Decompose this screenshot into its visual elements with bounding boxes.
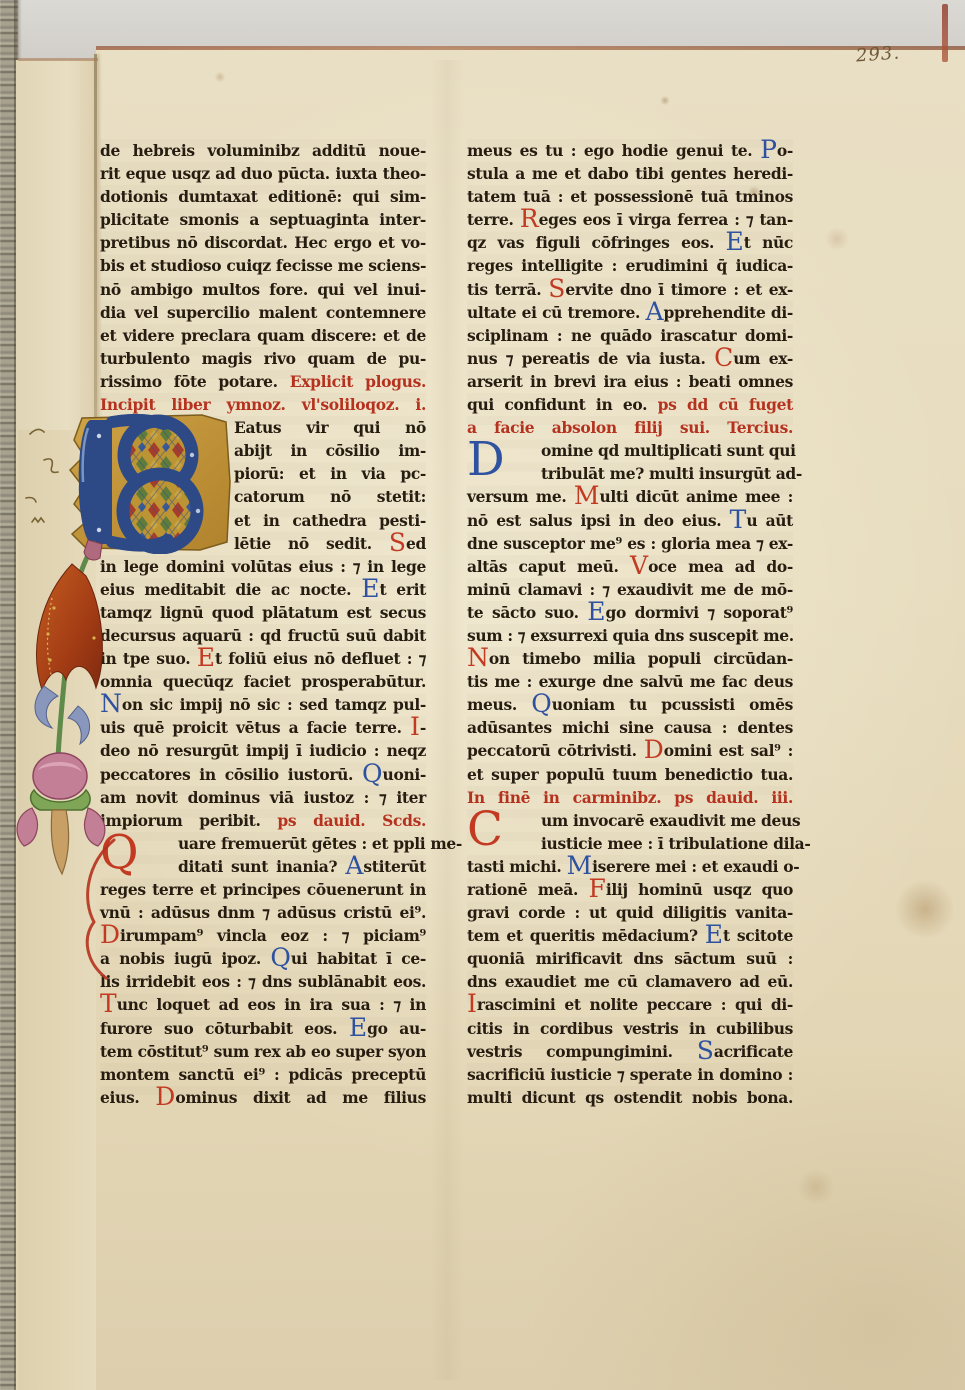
text-line: qz vas figuli cōfringes eos. Et nūc (467, 231, 793, 254)
body-text: oce mea ad do- (648, 557, 793, 576)
body-text: lis irridebit eos : ⁊ dns sublānabit eos… (100, 972, 426, 991)
lombard-initial: S (548, 274, 565, 303)
text-line: multi dicunt qs ostendit nobis bona. (467, 1086, 793, 1109)
body-text: peccatores in cōsilio iustorū. (100, 765, 362, 784)
page-top-edge (96, 46, 965, 50)
body-text: gravi corde : ut quid diligitis vanita- (467, 903, 793, 922)
fore-edge-stain (942, 4, 948, 62)
text-line: et videre preclara quam discere: et de (100, 324, 426, 347)
lombard-initial: D (155, 1082, 175, 1111)
text-line: vestris compungimini. Sacrificate (467, 1040, 793, 1063)
body-text: stiterūt (363, 857, 426, 876)
body-text: um ex- (733, 349, 793, 368)
body-text: pretibus nō discordat. Hec ergo et vo- (100, 233, 426, 252)
text-line: adūsantes michi sine causa : dentes (467, 716, 793, 739)
manuscript-photo: 293. de hebreis voluminibz additū noue-r… (0, 0, 965, 1390)
body-text: uoniam tu pcussisti omēs (552, 695, 793, 714)
lombard-initial: I (467, 989, 477, 1018)
text-line: vnū : adūsus dnm ⁊ adūsus cristū ei⁹. (100, 901, 426, 924)
body-text: citis in cordibus vestris in cubilibus (467, 1019, 793, 1038)
body-text: ervite dno ī timore : et ex- (565, 280, 793, 299)
body-text: nō est salus ipsi in deo eius. (467, 511, 730, 530)
body-text: nus ⁊ pereatis de via iusta. (467, 349, 714, 368)
text-line: omnia quecūqz faciet prosperabūtur. (100, 670, 426, 693)
text-line: decursus aquarū : qd fructū suū dabit (100, 624, 426, 647)
text-line: altās caput meū. Voce mea ad do- (467, 555, 793, 578)
stain (796, 1170, 836, 1204)
body-text: rit eque usqz ad duo pūcta. iuxta theo- (100, 164, 426, 183)
text-line: nō ambigo multos fore. qui vel inui- (100, 278, 426, 301)
rubric-text: a facie absolon filij sui. Tercius. (467, 418, 793, 437)
body-text: meus es tu : ego hodie genui te. (467, 141, 760, 160)
text-line: tem cōstitut⁹ sum rex ab eo super syon (100, 1040, 426, 1063)
body-text: reges intelligite : erudimini q̄ iudica- (467, 256, 793, 275)
rubric-text: ps dd cū fuget (658, 395, 793, 414)
stain (660, 96, 670, 105)
stain (896, 878, 954, 940)
text-line: Non sic impij nō sic : sed tamqz pul- (100, 693, 426, 716)
body-text: tasti michi. (467, 857, 567, 876)
body-text: t scitote (723, 926, 793, 945)
text-line: tis terrā. Servite dno ī timore : et ex- (467, 278, 793, 301)
body-text: bis et studioso cuiqz fecisse me sciens- (100, 256, 426, 275)
text-line: sacrificiū iusticie ⁊ sperate in domino … (467, 1063, 793, 1086)
body-text: tem et queritis mēdacium? (467, 926, 705, 945)
body-text: dotionis dumtaxat editionē: qui sim- (100, 187, 426, 206)
text-line: qui confidunt in eo. ps dd cū fuget (467, 393, 793, 416)
text-line: eius meditabit die ac nocte. Et erit (100, 578, 426, 601)
body-text: plicitate smonis a septuaginta inter- (100, 210, 426, 229)
lombard-initial: N (467, 643, 489, 672)
body-text: sum : ⁊ exsurrexi quia dns suscepit me. (467, 626, 794, 645)
text-line: ditati sunt inania? Astiterūt (100, 855, 426, 878)
body-text: Eatus vir qui nō (234, 418, 426, 437)
text-line: bis et studioso cuiqz fecisse me sciens- (100, 254, 426, 277)
body-text: rationē meā. (467, 880, 588, 899)
rubric-text: In finē in carminibz. ps dauid. iii. (467, 788, 793, 807)
body-text: meus. (467, 695, 531, 714)
body-text: sacrificiū iusticie ⁊ sperate in domino … (467, 1065, 793, 1084)
body-text: u aūt (746, 511, 793, 530)
body-text: ominus dixit ad me filius (175, 1088, 426, 1107)
text-line: meus. Quoniam tu pcussisti omēs (467, 693, 793, 716)
text-line: te sācto suo. Ego dormivi ⁊ soporat⁹ (467, 601, 793, 624)
text-line: terre. Reges eos ī virga ferrea : ⁊ tan- (467, 208, 793, 231)
body-text: ditati sunt inania? (178, 857, 345, 876)
body-text: tamqz lignū quod plātatum est secus (100, 603, 426, 622)
text-line: ultate ei cū tremore. Apprehendite di- (467, 301, 793, 324)
text-line: gravi corde : ut quid diligitis vanita- (467, 901, 793, 924)
body-text: tis me : exurge dne salvū me fac deus (467, 672, 793, 691)
lombard-initial: V (630, 551, 648, 580)
lombard-initial: E (705, 920, 723, 949)
stain (214, 72, 226, 82)
lombard-initial: Q (362, 759, 383, 788)
body-text: am novit dominus viā iustoz : ⁊ iter (100, 788, 426, 807)
text-line: de hebreis voluminibz additū noue- (100, 139, 426, 162)
lombard-initial: T (730, 505, 747, 534)
lombard-initial: E (349, 1013, 367, 1042)
body-text: t foliū eius nō defluet : ⁊ (215, 649, 426, 668)
body-text: o- (777, 141, 793, 160)
text-line: tamqz lignū quod plātatum est secus (100, 601, 426, 624)
text-line: et super populū tuum benedictio tua. (467, 763, 793, 786)
text-line: Irascimini et nolite peccare : qui di- (467, 993, 793, 1016)
gutter-shade (430, 60, 464, 1380)
body-text: omine qd multiplicati sunt qui (541, 441, 796, 460)
body-text: eges eos ī virga ferrea : ⁊ tan- (539, 210, 793, 229)
body-text: turbulento magis rivo quam de pu- (100, 349, 426, 368)
illuminated-initial-b (52, 412, 234, 554)
text-column-right: meus es tu : ego hodie genui te. Po-stul… (467, 139, 793, 1109)
text-line: dns exaudiet me cū clamavero ad eū. (467, 970, 793, 993)
body-text: peccatorū cōtrivisti. (467, 741, 644, 760)
body-text: tatem tuā : et possessionē tuā tminos (467, 187, 793, 206)
stain (824, 228, 850, 250)
lombard-initial: P (760, 135, 777, 164)
text-line: montem sanctū ei⁹ : pdicās preceptū (100, 1063, 426, 1086)
body-text: lētie nō sedit. (234, 534, 389, 553)
folio-number: 293. (855, 42, 900, 66)
text-line: a nobis iugū ipoz. Qui habitat ī ce- (100, 947, 426, 970)
body-text: nō ambigo multos fore. qui vel inui- (100, 280, 426, 299)
rubric-text: ps dauid. Scds. (277, 811, 426, 830)
body-text: ed (406, 534, 426, 553)
body-text: quoniā mirificavit dns sāctum suū : (467, 949, 793, 968)
body-text: omnia quecūqz faciet prosperabūtur. (100, 672, 426, 691)
text-line: furore suo cōturbabit eos. Ego au- (100, 1017, 426, 1040)
text-line: quoniā mirificavit dns sāctum suū : (467, 947, 793, 970)
lombard-initial: Q (531, 689, 552, 718)
text-line: plicitate smonis a septuaginta inter- (100, 208, 426, 231)
body-text: terre. (467, 210, 520, 229)
body-text: qui confidunt in eo. (467, 395, 658, 414)
text-line: stula a me et dabo tibi gentes heredi- (467, 162, 793, 185)
body-text: rascimini et nolite peccare : qui di- (477, 995, 793, 1014)
text-line: sciplinam : ne quādo irascatur domi- (467, 324, 793, 347)
lombard-initial: E (361, 574, 379, 603)
text-line: uis quē proicit vētus a facie terre. I- (100, 716, 426, 739)
body-text: reges terre et principes cōuenerunt in (100, 880, 426, 899)
body-text: a nobis iugū ipoz. (100, 949, 270, 968)
text-line: rit eque usqz ad duo pūcta. iuxta theo- (100, 162, 426, 185)
body-text: dns exaudiet me cū clamavero ad eū. (467, 972, 793, 991)
text-line: sum : ⁊ exsurrexi quia dns suscepit me. (467, 624, 793, 647)
body-text: rissimo fōte potare. (100, 372, 290, 391)
text-line: eius. Dominus dixit ad me filius (100, 1086, 426, 1109)
body-text: ulti dicūt anime mee : (599, 487, 793, 506)
body-text: et super populū tuum benedictio tua. (467, 765, 793, 784)
text-line: arserit in brevi ira eius : beati omnes (467, 370, 793, 393)
text-line: peccatores in cōsilio iustorū. Quoni- (100, 763, 426, 786)
stain (747, 186, 761, 198)
border-floral-sprig (8, 538, 126, 878)
lombard-initial: D (644, 735, 664, 764)
body-text: unc loquet ad eos in ira sua : ⁊ in (117, 995, 426, 1014)
body-text: uare fremuerūt gētes : et ppli me- (178, 834, 462, 853)
text-line: dotionis dumtaxat editionē: qui sim- (100, 185, 426, 208)
text-line: peccatorū cōtrivisti. Domini est sal⁹ : (467, 739, 793, 762)
lombard-initial: F (588, 874, 605, 903)
body-text: pprehendite di- (664, 303, 794, 322)
text-line: tem et queritis mēdacium? Et scitote (467, 924, 793, 947)
body-text: altās caput meū. (467, 557, 630, 576)
text-line: citis in cordibus vestris in cubilibus (467, 1017, 793, 1040)
body-text: iserere mei : et exaudi o- (592, 857, 799, 876)
body-text: te sācto suo. (467, 603, 587, 622)
initial-q-flourish (74, 836, 120, 982)
body-text: furore suo cōturbabit eos. (100, 1019, 349, 1038)
body-text: eius meditabit die ac nocte. (100, 580, 361, 599)
text-line: Dirumpam⁹ vincla eoz : ⁊ piciam⁹ (100, 924, 426, 947)
body-text: sciplinam : ne quādo irascatur domi- (467, 326, 793, 345)
text-line: Quare fremuerūt gētes : et ppli me- (100, 832, 426, 855)
lombard-initial: C (714, 343, 733, 372)
body-text: catorum nō stetit: (234, 487, 426, 506)
text-line: turbulento magis rivo quam de pu- (100, 347, 426, 370)
body-text: go au- (367, 1019, 426, 1038)
text-line: nus ⁊ pereatis de via iusta. Cum ex- (467, 347, 793, 370)
text-line: rissimo fōte potare. Explicit plogus. (100, 370, 426, 393)
body-text: t erit (379, 580, 426, 599)
body-text: eius. (100, 1088, 155, 1107)
lombard-initial: R (520, 204, 539, 233)
text-column-left: de hebreis voluminibz additū noue-rit eq… (100, 139, 426, 1109)
text-line: Domine qd multiplicati sunt qui (467, 439, 793, 462)
body-text: qz vas figuli cōfringes eos. (467, 233, 726, 252)
body-text: ilij hominū usqz quo (606, 880, 793, 899)
text-line: tribulāt me? multi insurgūt ad- (467, 462, 793, 485)
lombard-initial: S (697, 1036, 714, 1065)
body-text: adūsantes michi sine causa : dentes (467, 718, 793, 737)
body-text: versum me. (467, 487, 574, 506)
lombard-initial: A (645, 297, 663, 326)
text-line: meus es tu : ego hodie genui te. Po- (467, 139, 793, 162)
body-text: multi dicunt qs ostendit nobis bona. (467, 1088, 793, 1107)
text-line: in tpe suo. Et foliū eius nō defluet : ⁊ (100, 647, 426, 670)
under-leaf-edge (94, 54, 97, 426)
body-text: vnū : adūsus dnm ⁊ adūsus cristū ei⁹. (100, 903, 426, 922)
text-line: minū clamavi : ⁊ exaudivit me de mō- (467, 578, 793, 601)
lombard-initial: S (389, 528, 406, 557)
text-line: rationē meā. Filij hominū usqz quo (467, 878, 793, 901)
body-text: vestris compungimini. (467, 1042, 697, 1061)
body-text: um invocarē exaudivit me deus (541, 811, 800, 830)
body-text: minū clamavi : ⁊ exaudivit me de mō- (467, 580, 793, 599)
text-line: pretibus nō discordat. Hec ergo et vo- (100, 231, 426, 254)
lombard-initial: I (410, 712, 420, 741)
body-text: ultate ei cū tremore. (467, 303, 645, 322)
body-text: uoni- (383, 765, 426, 784)
body-text: dia vel supercilio malent contemnere (100, 303, 426, 322)
body-text: et videre preclara quam discere: et de (100, 326, 426, 345)
body-text: tis terrā. (467, 280, 548, 299)
text-line: am novit dominus viā iustoz : ⁊ iter (100, 786, 426, 809)
text-line: Non timebo milia populi circūdan- (467, 647, 793, 670)
body-text: decursus aquarū : qd fructū suū dabit (100, 626, 426, 645)
body-text: abijt in cōsilio im- (234, 441, 426, 460)
lombard-initial: T (100, 989, 117, 1018)
marginal-penwork (22, 420, 62, 550)
text-line: tatem tuā : et possessionē tuā tminos (467, 185, 793, 208)
body-text: uis quē proicit vētus a facie terre. (100, 718, 410, 737)
body-text: stula a me et dabo tibi gentes heredi- (467, 164, 793, 183)
text-line: nō est salus ipsi in deo eius. Tu aūt (467, 509, 793, 532)
text-line: reges terre et principes cōuenerunt in (100, 878, 426, 901)
under-leaf-top-edge (18, 58, 98, 61)
body-text: montem sanctū ei⁹ : pdicās preceptū (100, 1065, 426, 1084)
text-line: Tunc loquet ad eos in ira sua : ⁊ in (100, 993, 426, 1016)
lombard-initial: E (197, 643, 215, 672)
lombard-initial: M (574, 481, 600, 510)
text-line: dia vel supercilio malent contemnere (100, 301, 426, 324)
body-text: go dormivi ⁊ soporat⁹ (606, 603, 793, 622)
text-line: tasti michi. Miserere mei : et exaudi o- (467, 855, 793, 878)
body-text: piorū: et in via pc- (234, 464, 426, 483)
lombard-initial: E (587, 597, 605, 626)
body-text: on sic impij nō sic : sed tamqz pul- (122, 695, 426, 714)
rubric-text: Explicit plogus. (290, 372, 426, 391)
body-text: de hebreis voluminibz additū noue- (100, 141, 426, 160)
text-line: lis irridebit eos : ⁊ dns sublānabit eos… (100, 970, 426, 993)
body-text: acrificate (714, 1042, 793, 1061)
body-text: omini est sal⁹ : (664, 741, 793, 760)
text-line: reges intelligite : erudimini q̄ iudica- (467, 254, 793, 277)
text-line: iusticie mee : ī tribulatione dila- (467, 832, 793, 855)
text-line: Cum invocarē exaudivit me deus (467, 809, 793, 832)
body-text: on timebo milia populi circūdan- (489, 649, 793, 668)
lombard-initial: A (345, 851, 363, 880)
body-text: tem cōstitut⁹ sum rex ab eo super syon (100, 1042, 426, 1061)
lombard-initial: E (726, 227, 744, 256)
text-line: tis me : exurge dne salvū me fac deus (467, 670, 793, 693)
body-text: arserit in brevi ira eius : beati omnes (467, 372, 793, 391)
lombard-initial: Q (270, 943, 291, 972)
body-text: t nūc (744, 233, 793, 252)
body-text: ui habitat ī ce- (291, 949, 426, 968)
body-text: - (420, 718, 426, 737)
